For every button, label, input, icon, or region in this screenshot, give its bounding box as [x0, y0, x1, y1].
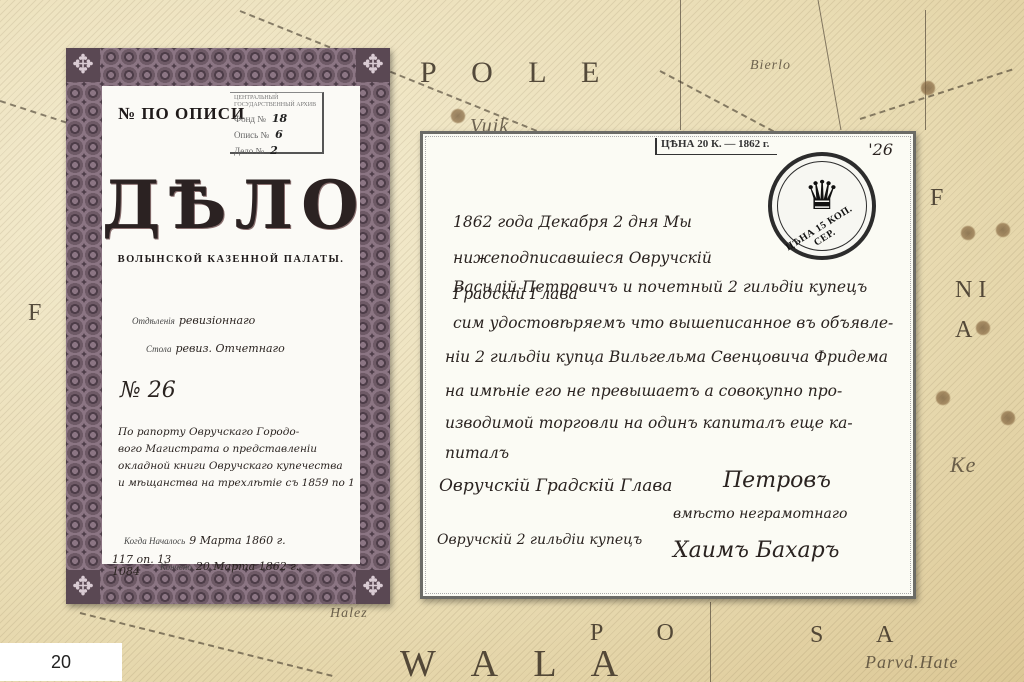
- certificate-line: сим удостовѣряемъ что вышеписанное въ об…: [453, 314, 893, 332]
- department-line: Отдѣленіяревизіоннаго: [132, 314, 255, 327]
- map-place-bierlo: Bierlo: [750, 58, 791, 74]
- merchant-certificate: ЦѢНА 20 К. — 1862 г. '26 ♛ ЦѢНА 15 КОП. …: [420, 131, 916, 599]
- seal-text: ЦѢНА 15 КОП. СЕР.: [779, 200, 865, 265]
- map-place-halez: Halez: [330, 606, 368, 622]
- department-label: Отдѣленія: [132, 316, 175, 326]
- signature-2-label: Овручскій 2 гильдіи купецъ: [437, 532, 642, 548]
- stamp-row-value: 18: [272, 112, 287, 125]
- stamp-header: ЦЕНТРАЛЬНЫЙ ГОСУДАРСТВЕННЫЙ АРХИВ: [234, 95, 318, 109]
- corner-ornament-icon: ✥: [66, 48, 100, 82]
- map-border-line: [0, 100, 67, 124]
- map-tree-icon: [450, 108, 466, 124]
- price-header: ЦѢНА 20 К. — 1862 г.: [655, 138, 777, 155]
- map-river: [925, 10, 926, 130]
- desk-line: Столаревиз. Отчетнаго: [146, 342, 285, 355]
- description-line: вого Магистрата о представленіи: [118, 441, 354, 458]
- map-tree-icon: [920, 80, 936, 96]
- ended-line: Кончено20 Марта 1862 г.: [160, 560, 299, 573]
- case-subtitle: ВОЛЫНСКОЙ КАЗЕННОЙ ПАЛАТЫ.: [102, 254, 360, 265]
- stamp-row-value: 2: [270, 144, 278, 157]
- started-line: Когда Началось9 Марта 1860 г.: [124, 534, 286, 547]
- case-number: № 26: [120, 378, 176, 403]
- page-number: 20: [0, 643, 122, 681]
- inventory-number-label: № ПО ОПИСИ: [118, 104, 245, 124]
- ended-value: 20 Марта 1862 г.: [196, 560, 299, 573]
- case-description: По рапорту Овручскаго Городо- вого Магис…: [118, 424, 354, 492]
- map-label-sax: S A: [810, 622, 917, 649]
- archive-stamp: ЦЕНТРАЛЬНЫЙ ГОСУДАРСТВЕННЫЙ АРХИВ Фонд №…: [230, 92, 324, 154]
- map-tree-icon: [1000, 410, 1016, 426]
- description-line: и мѣщанства на трехлѣтіе съ 1859 по 1862…: [118, 475, 354, 492]
- certificate-line: ніи 2 гильдіи купца Вильгельма Свенцович…: [445, 348, 888, 366]
- map-river: [680, 0, 681, 130]
- signature-2-name-top: вмѣсто неграмотнаго: [673, 506, 847, 522]
- started-label: Когда Началось: [124, 536, 185, 546]
- certificate-line: изводимой торговли на одинъ капиталъ еще…: [445, 414, 853, 432]
- map-border-line: [860, 69, 1013, 120]
- double-headed-eagle-icon: ♛: [772, 174, 872, 218]
- signature-1-name: Петровъ: [723, 468, 831, 493]
- desk-value: ревиз. Отчетнаго: [175, 342, 284, 355]
- map-tree-icon: [935, 390, 951, 406]
- map-label-f-right: F: [930, 185, 945, 212]
- stamp-row-value: 6: [275, 128, 283, 141]
- certificate-line: Василій Петровичъ и почетный 2 гильдіи к…: [453, 278, 867, 296]
- map-tree-icon: [995, 222, 1011, 238]
- map-label-pok: P O: [590, 620, 698, 647]
- map-river: [710, 602, 711, 682]
- map-label-f-left: F: [28, 300, 43, 327]
- stamp-seal: ♛ ЦѢНА 15 КОП. СЕР.: [768, 152, 876, 260]
- stamp-row-label: Фонд №: [234, 114, 266, 124]
- certificate-line: на имѣніе его не превышаетъ а совокупно …: [445, 382, 842, 400]
- map-tree-icon: [960, 225, 976, 241]
- stamp-row: Фонд №18: [234, 112, 318, 125]
- ended-label: Кончено: [160, 562, 192, 572]
- signature-1-label: Овручскій Градскій Глава: [439, 476, 672, 496]
- stamp-row: Опись №6: [234, 128, 318, 141]
- description-line: По рапорту Овручскаго Городо-: [118, 424, 354, 441]
- map-place-pavlovitz: Parvd.Hate: [865, 652, 958, 673]
- description-line: окладной книги Овручскаго купечества: [118, 458, 354, 475]
- corner-ornament-icon: ✥: [356, 48, 390, 82]
- corner-ornament-icon: ✥: [66, 570, 100, 604]
- corner-ornament-icon: ✥: [356, 570, 390, 604]
- map-tree-icon: [975, 320, 991, 336]
- corner-mark: '26: [868, 140, 893, 159]
- map-river: [818, 0, 842, 130]
- desk-label: Стола: [146, 344, 171, 354]
- map-label-nia: N I A: [955, 270, 995, 350]
- department-value: ревизіоннаго: [179, 314, 255, 327]
- stamp-row: Дело №2: [234, 144, 318, 157]
- map-label-wala: W A L A: [400, 642, 632, 682]
- map-label-pole: P O L E: [420, 56, 613, 90]
- map-place-ke: Ke: [950, 452, 976, 478]
- case-file-cover: ✥ ✥ ✥ ✥ № ПО ОПИСИ ЦЕНТРАЛЬНЫЙ ГОСУДАРСТ…: [66, 48, 390, 604]
- cover-inner-page: № ПО ОПИСИ ЦЕНТРАЛЬНЫЙ ГОСУДАРСТВЕННЫЙ А…: [102, 86, 360, 564]
- stamp-row-label: Дело №: [234, 146, 264, 156]
- certificate-line: питалъ: [445, 444, 509, 462]
- started-value: 9 Марта 1860 г.: [189, 534, 285, 547]
- signature-2-name: Хаимъ Бахаръ: [673, 538, 839, 563]
- case-title: ДѢЛО: [102, 166, 360, 244]
- stamp-row-label: Опись №: [234, 130, 269, 140]
